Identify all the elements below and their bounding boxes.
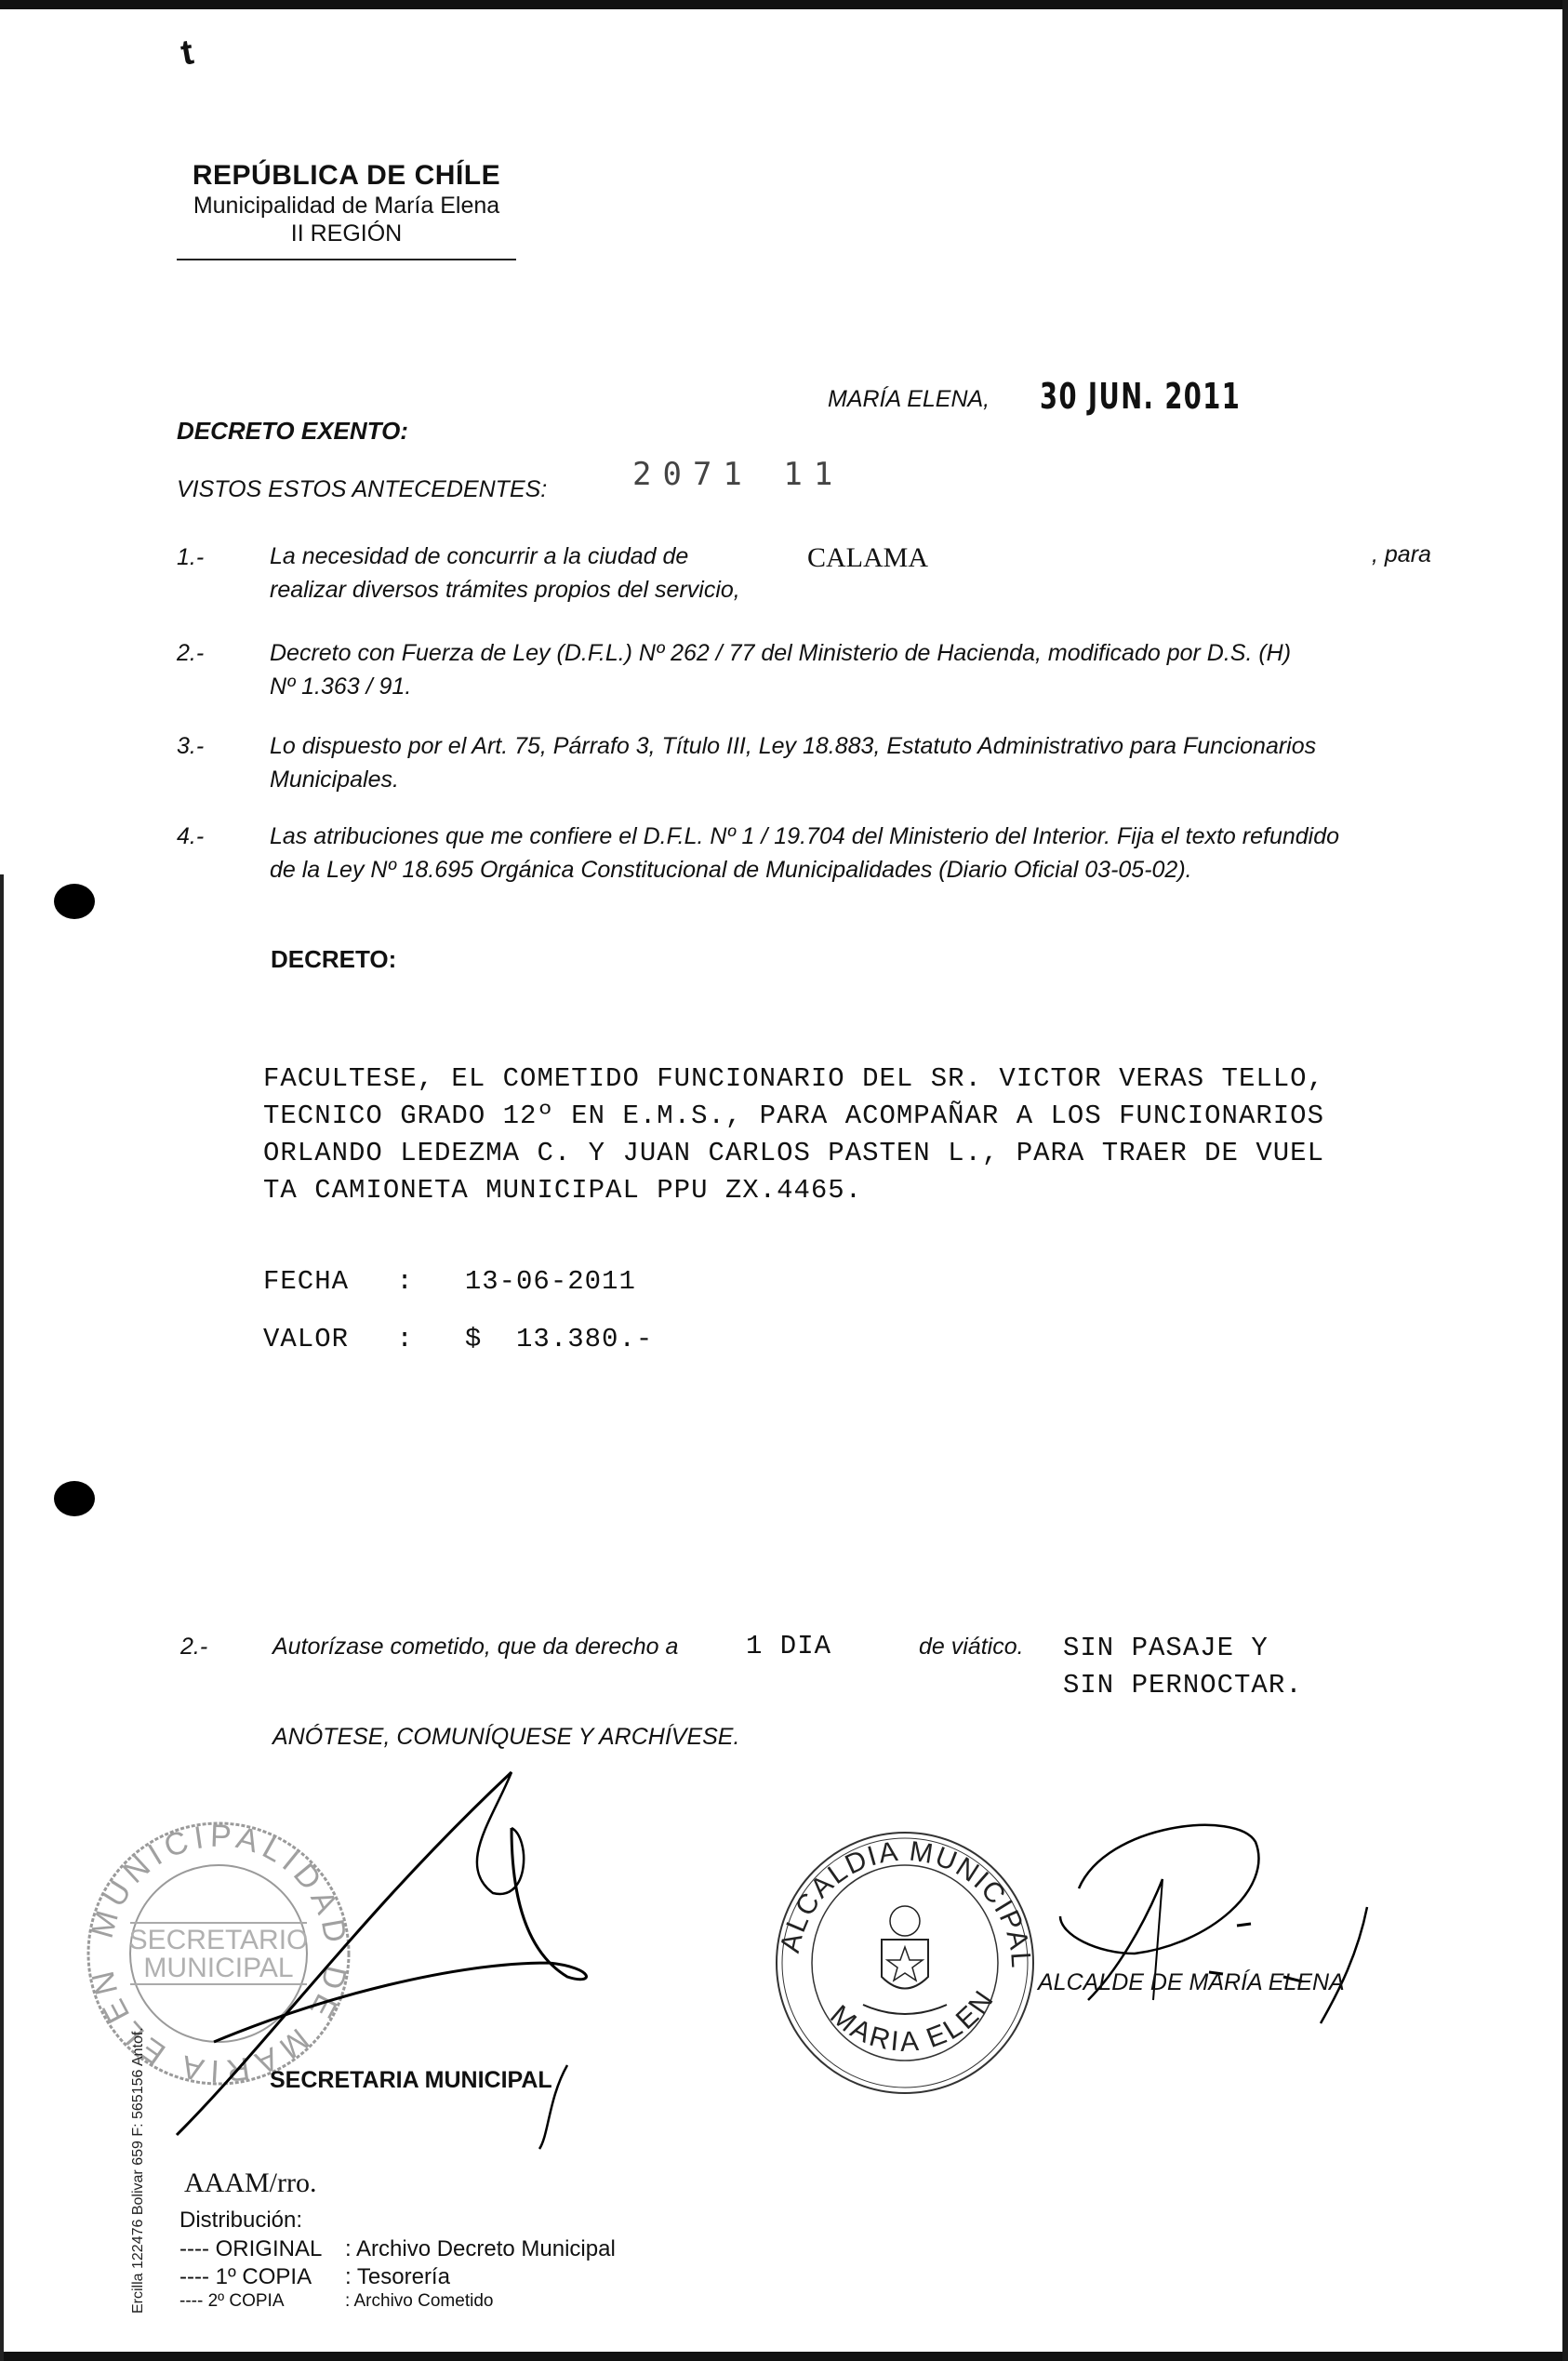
mayor-seal-icon: ALCALDIA MUNICIPAL MARIA ELENA (770, 1828, 1040, 2098)
scan-border-right (1562, 0, 1568, 2361)
valor-value: $ 13.380.- (465, 1324, 653, 1354)
antecedent-2: Decreto con Fuerza de Ley (D.F.L.) Nº 26… (270, 636, 1432, 703)
scan-border-bottom (0, 2352, 1568, 2361)
fecha-sep: : (396, 1263, 447, 1301)
closing-formula: ANÓTESE, COMUNÍQUESE Y ARCHÍVESE. (272, 1724, 739, 1751)
distribution-row: ---- 1º COPIA: Tesorería (179, 2263, 616, 2291)
copy-destination: : Tesorería (345, 2264, 450, 2289)
antecedent-tail: , para (1372, 541, 1431, 568)
punch-hole-icon (54, 1481, 95, 1516)
copy-label: ---- 2º COPIA (179, 2291, 345, 2312)
decreto-line: ORLANDO LEDEZMA C. Y JUAN CARLOS PASTEN … (263, 1135, 1324, 1172)
item2-text: Autorízase cometido, que da derecho a (272, 1634, 678, 1661)
antecedent-4: Las atribuciones que me confiere el D.F.… (270, 820, 1432, 887)
initials: AAAM/rro. (184, 2168, 317, 2199)
copy-destination: : Archivo Cometido (345, 2291, 493, 2311)
vistos-label: VISTOS ESTOS ANTECEDENTES: (177, 476, 547, 503)
place-label: MARÍA ELENA, (828, 386, 990, 413)
scan-mark: t (178, 33, 196, 74)
fecha-field: FECHA : 13-06-2011 (263, 1263, 636, 1301)
note-line: SIN PASAJE Y (1063, 1630, 1303, 1667)
decreto-line: TECNICO GRADO 12º EN E.M.S., PARA ACOMPA… (263, 1098, 1324, 1135)
viatico-note: SIN PASAJE Y SIN PERNOCTAR. (1063, 1630, 1303, 1704)
valor-sep: : (396, 1321, 447, 1358)
punch-hole-icon (54, 884, 95, 919)
antecedent-number: 1.- (177, 544, 204, 571)
date-stamp: 30 JUN. 2011 (1040, 376, 1241, 417)
letterhead: REPÚBLICA DE CHÍLE Municipalidad de Marí… (177, 160, 516, 247)
fecha-value: 13-06-2011 (465, 1266, 636, 1297)
viatico-label: de viático. (919, 1634, 1024, 1661)
distribution-title: Distribución: (179, 2207, 302, 2234)
printer-imprint: Ercilla 122476 Bolivar 659 F: 565156 Ant… (130, 2027, 147, 2314)
signer-mayor: ALCALDE DE MARÍA ELENA (1038, 1969, 1345, 1996)
note-line: SIN PERNOCTAR. (1063, 1667, 1303, 1704)
copy-label: ---- ORIGINAL (179, 2235, 345, 2263)
fecha-label: FECHA (263, 1263, 379, 1301)
antecedent-number: 4.- (177, 823, 204, 850)
decree-type: DECRETO EXENTO: (177, 417, 408, 446)
antecedent-text: Lo dispuesto por el Art. 75, Párrafo 3, … (270, 729, 1432, 763)
scan-border-top (0, 0, 1568, 9)
letterhead-divider (177, 259, 516, 260)
antecedent-text: Las atribuciones que me confiere el D.F.… (270, 820, 1432, 853)
decreto-line: FACULTESE, EL COMETIDO FUNCIONARIO DEL S… (263, 1060, 1324, 1098)
antecedent-line2: de la Ley Nº 18.695 Orgánica Constitucio… (270, 853, 1432, 887)
country-name: REPÚBLICA DE CHÍLE (177, 160, 516, 192)
antecedent-text: La necesidad de concurrir a la ciudad de (270, 543, 688, 569)
antecedent-3: Lo dispuesto por el Art. 75, Párrafo 3, … (270, 729, 1432, 796)
decree-number-stamp: 2071 11 (632, 456, 844, 493)
copy-destination: : Archivo Decreto Municipal (345, 2236, 616, 2261)
valor-label: VALOR (263, 1321, 379, 1358)
antecedent-number: 2.- (177, 640, 204, 667)
distribution-list: ---- ORIGINAL: Archivo Decreto Municipal… (179, 2235, 616, 2312)
antecedent-line2: Municipales. (270, 763, 1432, 796)
signer-secretary: SECRETARIA MUNICIPAL (270, 2067, 552, 2094)
secretary-signature-icon (158, 1763, 605, 2154)
scan-border-left (0, 874, 4, 2361)
antecedent-line2: realizar diversos trámites propios del s… (270, 573, 1432, 607)
viatico-days: 1 DIA (746, 1628, 831, 1665)
distribution-row: ---- ORIGINAL: Archivo Decreto Municipal (179, 2235, 616, 2263)
valor-field: VALOR : $ 13.380.- (263, 1321, 653, 1358)
copy-label: ---- 1º COPIA (179, 2263, 345, 2291)
distribution-row: ---- 2º COPIA: Archivo Cometido (179, 2291, 616, 2312)
municipality-name: Municipalidad de María Elena (177, 192, 516, 220)
item2-number: 2.- (180, 1634, 207, 1661)
decreto-heading: DECRETO: (271, 945, 396, 974)
decreto-body: FACULTESE, EL COMETIDO FUNCIONARIO DEL S… (263, 1060, 1324, 1209)
antecedent-number: 3.- (177, 733, 204, 760)
decreto-line: TA CAMIONETA MUNICIPAL PPU ZX.4465. (263, 1172, 1324, 1209)
antecedent-text: Decreto con Fuerza de Ley (D.F.L.) Nº 26… (270, 636, 1432, 670)
destination-city: CALAMA (807, 542, 928, 574)
region-name: II REGIÓN (177, 220, 516, 247)
antecedent-line2: Nº 1.363 / 91. (270, 670, 1432, 703)
